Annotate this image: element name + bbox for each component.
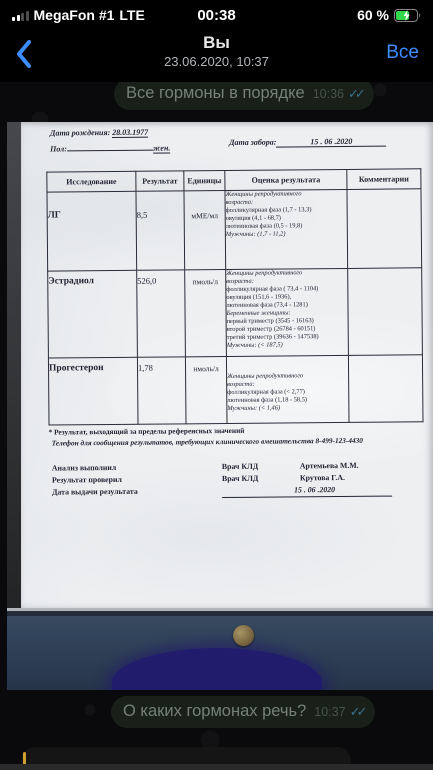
test-result: 1,78 <box>137 357 186 424</box>
column-header: Исследование <box>47 171 136 192</box>
signature-label: Дата выдачи результата <box>52 485 222 499</box>
input-bar-edge[interactable] <box>0 764 433 770</box>
test-result: 8,5 <box>136 191 185 270</box>
table-row: Эстрадиол 526,0 пмоль/л Женщины репродук… <box>48 268 423 358</box>
sender-title: Вы <box>70 32 363 54</box>
signature-name: Крутова Г.А. <box>300 472 392 485</box>
message-time: 10:37 <box>314 705 345 719</box>
collection-date-label: Дата забора: <box>229 138 276 147</box>
table-row: ЛГ 8,5 мМЕ/мл Женщины репродуктивноговоз… <box>47 189 422 271</box>
back-button[interactable] <box>6 36 40 76</box>
battery-percent-label: 60 % <box>357 7 389 23</box>
status-bar: MegaFon #1 LTE 00:38 60 % <box>0 0 433 30</box>
comment-cell <box>348 268 423 356</box>
message-timestamp: 23.06.2020, 10:37 <box>70 54 363 70</box>
issue-date-value: 15 . 06 .2020 <box>222 484 392 498</box>
signature-role: Врач КЛД <box>222 460 300 473</box>
column-header: Результат <box>136 171 184 191</box>
birth-date-value: 28.03.1977 <box>112 128 148 138</box>
collection-date-value: 15 . 06 .2020 <box>276 137 386 148</box>
sex-label: Пол: <box>50 144 67 153</box>
sex-underline <box>67 142 153 152</box>
table-row: Прогестерон 1,78 нмоль/л Женщины репроду… <box>48 355 423 425</box>
assessment-line: Мужчины: (< 187,5) <box>227 341 348 350</box>
phone-notice: Телефон для сообщения результатов, требу… <box>52 435 433 447</box>
lab-report-paper: Дата рождения: 28.03.1977 Дата забора:15… <box>21 122 433 608</box>
signature-name: Артемьева М.М. <box>300 460 392 473</box>
navigation-bar: Вы 23.06.2020, 10:37 Все <box>0 30 433 82</box>
chevron-left-icon <box>16 40 31 73</box>
message-time: 10:36 <box>313 87 344 101</box>
signature-row: Дата выдачи результата 15 . 06 .2020 <box>52 484 392 500</box>
test-result: 526,0 <box>137 270 186 357</box>
phone-screen: MegaFon #1 LTE 00:38 60 % Вы 23.0 <box>0 0 433 770</box>
carrier-label: MegaFon #1 <box>34 7 115 23</box>
sex-value: жен. <box>153 143 171 153</box>
navy-fabric <box>112 648 322 690</box>
message-text: Все гормоны в порядке <box>126 84 305 102</box>
test-units: нмоль/л <box>185 357 227 424</box>
signature-block: Анализ выполнил Врач КЛД Артемьева М.М. … <box>52 460 392 500</box>
nav-title-block: Вы 23.06.2020, 10:37 <box>70 32 363 70</box>
reference-ranges: Женщины репродуктивноговозраста:фолликул… <box>226 268 349 356</box>
lab-report-document: Дата рождения: 28.03.1977 Дата забора:15… <box>19 122 433 610</box>
comment-cell <box>348 355 423 423</box>
test-units: мМЕ/мл <box>184 191 226 270</box>
birth-date-label: Дата рождения: <box>50 128 110 138</box>
message-bubble-outgoing[interactable]: Все гормоны в порядке10:36✓✓ <box>114 78 374 110</box>
jeans-button <box>233 625 254 646</box>
message-text: О каких гормонах речь? <box>123 702 306 720</box>
column-header: Оценка результата <box>225 169 347 190</box>
message-bubble-outgoing[interactable]: О каких гормонах речь?10:37✓✓ <box>111 696 375 728</box>
test-name: ЛГ <box>47 191 137 271</box>
assessment-line: Мужчины: (< 1,46) <box>227 404 348 413</box>
signature-role: Врач КЛД <box>222 472 300 485</box>
comment-cell <box>347 189 422 269</box>
test-name: Эстрадиол <box>48 270 138 358</box>
read-receipt-icon: ✓✓ <box>348 86 362 101</box>
column-header: Единицы <box>184 171 225 191</box>
cellular-signal-icon <box>12 10 29 21</box>
read-receipt-icon: ✓✓ <box>350 704 364 719</box>
show-all-button[interactable]: Все <box>386 42 419 64</box>
test-name: Прогестерон <box>48 357 138 425</box>
photo-message[interactable]: Дата рождения: 28.03.1977 Дата забора:15… <box>7 122 433 690</box>
test-units: пмоль/л <box>185 270 227 357</box>
results-table: Исследование Результат Единицы Оценка ре… <box>46 168 423 425</box>
reference-ranges: Женщины репродуктивноговозраста:фолликул… <box>226 355 349 423</box>
assessment-line: Мужчины: (1,7 - 11,2) <box>226 230 347 239</box>
network-type-label: LTE <box>119 7 144 23</box>
reference-ranges: Женщины репродуктивноговозраста:фолликул… <box>225 189 348 269</box>
document-header: Дата рождения: 28.03.1977 Дата забора:15… <box>19 122 431 166</box>
column-header: Комментарии <box>347 169 421 190</box>
photo-jeans-background <box>7 608 433 690</box>
battery-charging-icon <box>394 9 421 22</box>
